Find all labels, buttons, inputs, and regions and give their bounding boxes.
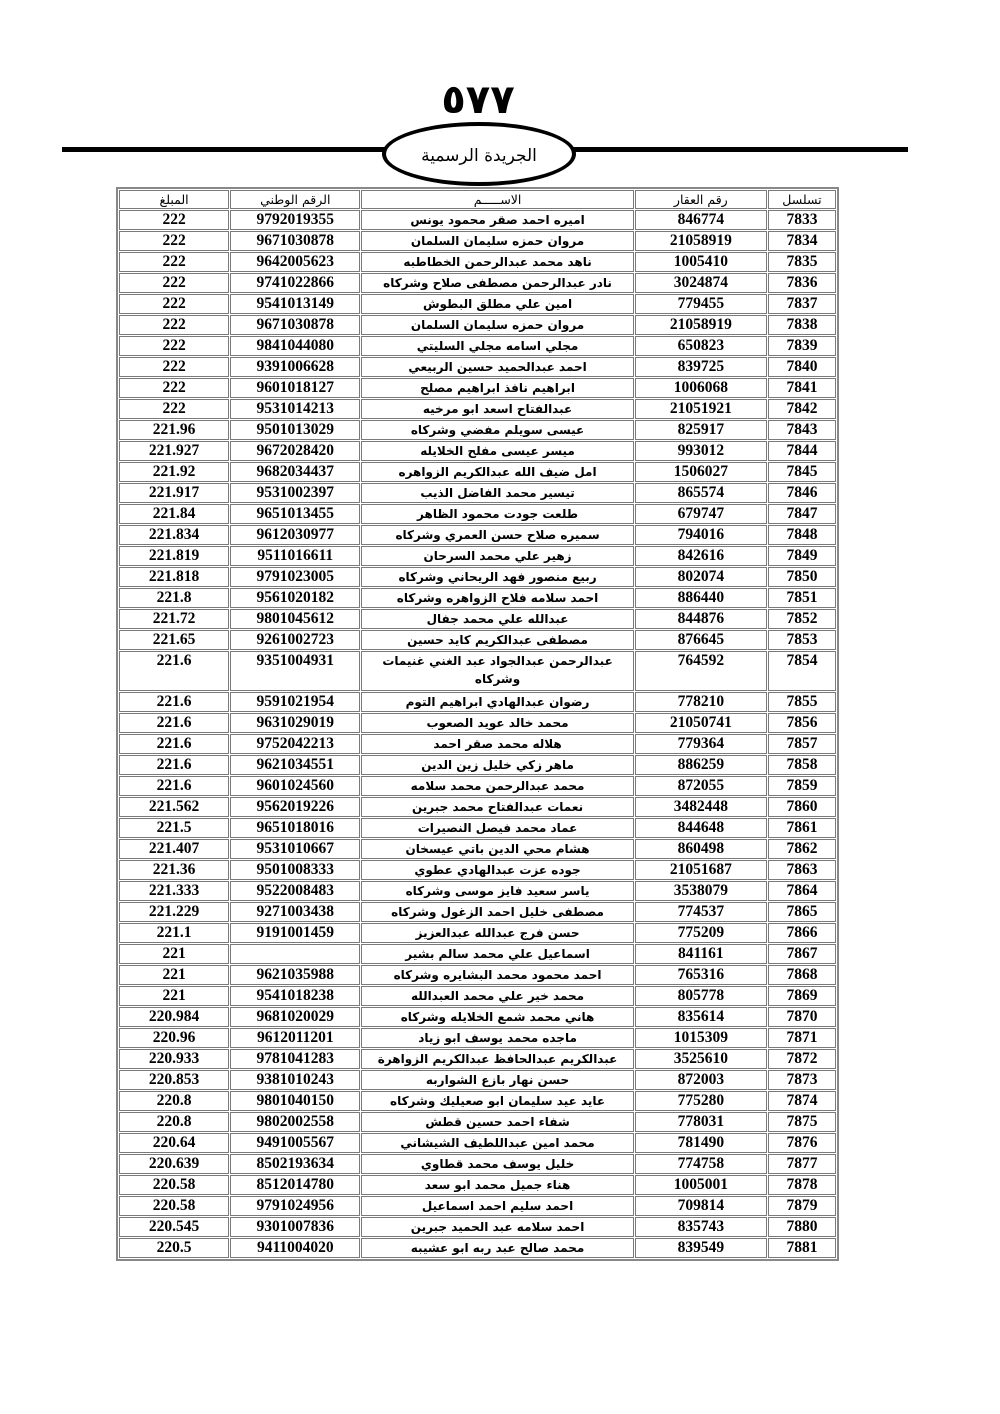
cell-serial: 7872 (768, 1049, 836, 1069)
cell-property-no: 778210 (635, 692, 767, 712)
cell-name: هشام محي الدين باتي عيسخان (361, 839, 633, 859)
cell-property-no: 3024874 (635, 273, 767, 293)
table-row: 7851886440احمد سلامه فلاح الزواهره وشركا… (119, 588, 836, 608)
cell-national-id: 9792019355 (230, 210, 360, 230)
cell-national-id: 9801045612 (230, 609, 360, 629)
cell-serial: 7860 (768, 797, 836, 817)
header-name: الاســـــم (361, 190, 633, 209)
table-row: 7850802074ربيع منصور فهد الريحاني وشركاه… (119, 567, 836, 587)
cell-serial: 7862 (768, 839, 836, 859)
table-body: 7833846774اميره احمد صقر محمود يونس97920… (119, 210, 836, 1258)
cell-name: ياسر سعيد فايز موسى وشركاه (361, 881, 633, 901)
table-header-row: تسلسل رقم العقار الاســـــم الرقم الوطني… (119, 190, 836, 209)
cell-name: جوده عزت عبدالهادي عطوي (361, 860, 633, 880)
cell-national-id: 9541013149 (230, 294, 360, 314)
cell-property-no: 3525610 (635, 1049, 767, 1069)
cell-property-no: 679747 (635, 504, 767, 524)
cell-property-no: 802074 (635, 567, 767, 587)
cell-national-id: 9752042213 (230, 734, 360, 754)
cell-property-no: 21051921 (635, 399, 767, 419)
cell-property-no: 876645 (635, 630, 767, 650)
cell-name: عبدالكريم عبدالحافظ عبدالكريم الزواهرة (361, 1049, 633, 1069)
cell-property-no: 775209 (635, 923, 767, 943)
table-row: 7854764592عبدالرحمن عبدالجواد عبد الغني … (119, 651, 836, 691)
cell-national-id: 9651018016 (230, 818, 360, 838)
cell-name: مصطفى عبدالكريم كايد حسين (361, 630, 633, 650)
cell-amount: 221.6 (119, 776, 229, 796)
cell-amount: 221.36 (119, 860, 229, 880)
table-row: 7852844876عبدالله علي محمد جفال980104561… (119, 609, 836, 629)
cell-serial: 7847 (768, 504, 836, 524)
cell-property-no: 839549 (635, 1238, 767, 1258)
cell-national-id: 9531014213 (230, 399, 360, 419)
cell-national-id: 9491005567 (230, 1133, 360, 1153)
cell-national-id: 9411004020 (230, 1238, 360, 1258)
cell-serial: 7881 (768, 1238, 836, 1258)
cell-serial: 7869 (768, 986, 836, 1006)
cell-serial: 7833 (768, 210, 836, 230)
header-amount: المبلغ (119, 190, 229, 209)
cell-name: عبدالله علي محمد جفال (361, 609, 633, 629)
cell-property-no: 872003 (635, 1070, 767, 1090)
cell-national-id: 9511016611 (230, 546, 360, 566)
table-row: 7848794016سميره صلاح حسن العمري وشركاه96… (119, 525, 836, 545)
table-row: 7840839725احمد عبدالحميد حسين الربيعي939… (119, 357, 836, 377)
cell-amount: 220.58 (119, 1175, 229, 1195)
cell-property-no: 841161 (635, 944, 767, 964)
table-row: 7879709814احمد سليم احمد اسماعيل97910249… (119, 1196, 836, 1216)
header-property-no: رقم العقار (635, 190, 767, 209)
cell-amount: 221 (119, 965, 229, 985)
cell-name: مصطفى خليل احمد الزغول وشركاه (361, 902, 633, 922)
cell-serial: 7845 (768, 462, 836, 482)
cell-amount: 221.333 (119, 881, 229, 901)
cell-amount: 221 (119, 944, 229, 964)
cell-national-id: 9562019226 (230, 797, 360, 817)
cell-property-no: 825917 (635, 420, 767, 440)
table-row: 7861844648عماد محمد فيصل النصيرات9651018… (119, 818, 836, 838)
cell-name: محمد امين عبداللطيف الشيشاني (361, 1133, 633, 1153)
cell-amount: 221 (119, 986, 229, 1006)
cell-serial: 7856 (768, 713, 836, 733)
cell-property-no: 779455 (635, 294, 767, 314)
cell-serial: 7848 (768, 525, 836, 545)
cell-name: احمد محمود محمد البشايره وشركاه (361, 965, 633, 985)
cell-serial: 7859 (768, 776, 836, 796)
cell-amount: 222 (119, 399, 229, 419)
cell-property-no: 21058919 (635, 315, 767, 335)
cell-property-no: 886440 (635, 588, 767, 608)
cell-national-id: 9391006628 (230, 357, 360, 377)
table-row: 7853876645مصطفى عبدالكريم كايد حسين92610… (119, 630, 836, 650)
table-row: 7865774537مصطفى خليل احمد الزغول وشركاه9… (119, 902, 836, 922)
table-row: 7858886259ماهر زكي خليل زين الدين9621034… (119, 755, 836, 775)
table-row: 783821058919مروان حمزه سليمان السلمان967… (119, 315, 836, 335)
table-row: 7880835743احمد سلامه عبد الحميد جبرين930… (119, 1217, 836, 1237)
cell-property-no: 993012 (635, 441, 767, 461)
cell-name: مروان حمزه سليمان السلمان (361, 315, 633, 335)
cell-amount: 221.407 (119, 839, 229, 859)
cell-property-no: 860498 (635, 839, 767, 859)
cell-amount: 220.5 (119, 1238, 229, 1258)
gazette-emblem: الجريدة الرسمية (382, 122, 576, 186)
cell-name: محمد خالد عويد الصعوب (361, 713, 633, 733)
table-row: 78351005410ناهد محمد عبدالرحمن الخطاطبه9… (119, 252, 836, 272)
table-row: 78363024874نادر عبدالرحمن مصطفى صلاح وشر… (119, 273, 836, 293)
cell-property-no: 844876 (635, 609, 767, 629)
cell-property-no: 844648 (635, 818, 767, 838)
cell-name: احمد سلامه فلاح الزواهره وشركاه (361, 588, 633, 608)
cell-property-no: 765316 (635, 965, 767, 985)
cell-property-no: 781490 (635, 1133, 767, 1153)
table-row: 7876781490محمد امين عبداللطيف الشيشاني94… (119, 1133, 836, 1153)
table-row: 783421058919مروان حمزه سليمان السلمان967… (119, 231, 836, 251)
page-number: ٥٧٧ (0, 76, 956, 124)
cell-name: عايد عيد سليمان ابو صعيليك وشركاه (361, 1091, 633, 1111)
cell-national-id: 9642005623 (230, 252, 360, 272)
table-row: 78781005001هناء جميل محمد ابو سعد8512014… (119, 1175, 836, 1195)
cell-national-id: 9351004931 (230, 651, 360, 691)
cell-national-id: 9671030878 (230, 231, 360, 251)
cell-amount: 222 (119, 378, 229, 398)
cell-property-no: 778031 (635, 1112, 767, 1132)
cell-national-id: 9801040150 (230, 1091, 360, 1111)
table-row: 785621050741محمد خالد عويد الصعوب9631029… (119, 713, 836, 733)
cell-name: سميره صلاح حسن العمري وشركاه (361, 525, 633, 545)
cell-serial: 7880 (768, 1217, 836, 1237)
cell-property-no: 21050741 (635, 713, 767, 733)
cell-amount: 222 (119, 336, 229, 356)
table-row: 7873872003حسن نهار بازع الشواربه93810102… (119, 1070, 836, 1090)
cell-property-no: 774537 (635, 902, 767, 922)
cell-property-no: 1005001 (635, 1175, 767, 1195)
cell-amount: 221.84 (119, 504, 229, 524)
cell-property-no: 842616 (635, 546, 767, 566)
table-row: 7844993012ميسر عيسى مفلح الخلايله9672028… (119, 441, 836, 461)
cell-national-id: 9541018238 (230, 986, 360, 1006)
cell-national-id: 9601024560 (230, 776, 360, 796)
cell-name: احمد سلامه عبد الحميد جبرين (361, 1217, 633, 1237)
cell-national-id: 9501008333 (230, 860, 360, 880)
cell-name: رضوان عبدالهادي ابراهيم التوم (361, 692, 633, 712)
cell-name: نعمات عبدالفتاح محمد جبرين (361, 797, 633, 817)
cell-serial: 7870 (768, 1007, 836, 1027)
cell-serial: 7850 (768, 567, 836, 587)
cell-national-id: 8512014780 (230, 1175, 360, 1195)
cell-property-no: 774758 (635, 1154, 767, 1174)
cell-property-no: 775280 (635, 1091, 767, 1111)
table-row: 7866775209حسن فرج عبدالله عبدالعزيز91910… (119, 923, 836, 943)
cell-name: امل ضيف الله عبدالكريم الزواهره (361, 462, 633, 482)
cell-serial: 7878 (768, 1175, 836, 1195)
cell-amount: 221.1 (119, 923, 229, 943)
cell-property-no: 846774 (635, 210, 767, 230)
cell-amount: 220.545 (119, 1217, 229, 1237)
cell-national-id: 9681020029 (230, 1007, 360, 1027)
cell-amount: 221.927 (119, 441, 229, 461)
table-row: 7877774758خليل يوسف محمد قطاوي8502193634… (119, 1154, 836, 1174)
cell-national-id: 9631029019 (230, 713, 360, 733)
cell-serial: 7834 (768, 231, 836, 251)
table-row: 7849842616زهير علي محمد السرحان951101661… (119, 546, 836, 566)
cell-serial: 7844 (768, 441, 836, 461)
cell-serial: 7877 (768, 1154, 836, 1174)
cell-amount: 222 (119, 273, 229, 293)
cell-amount: 221.96 (119, 420, 229, 440)
cell-amount: 220.96 (119, 1028, 229, 1048)
cell-amount: 222 (119, 357, 229, 377)
table-row: 7855778210رضوان عبدالهادي ابراهيم التوم9… (119, 692, 836, 712)
table-row: 786321051687جوده عزت عبدالهادي عطوي95010… (119, 860, 836, 880)
cell-national-id: 9791023005 (230, 567, 360, 587)
cell-amount: 222 (119, 231, 229, 251)
table-row: 7881839549محمد صالح عبد ربه ابو عشيبه941… (119, 1238, 836, 1258)
table-row: 7859872055محمد عبدالرحمن محمد سلامه96010… (119, 776, 836, 796)
cell-amount: 220.8 (119, 1112, 229, 1132)
table-row: 78643538079ياسر سعيد فايز موسى وشركاه952… (119, 881, 836, 901)
cell-name: احمد سليم احمد اسماعيل (361, 1196, 633, 1216)
cell-amount: 222 (119, 315, 229, 335)
cell-property-no: 1506027 (635, 462, 767, 482)
cell-property-no: 21051687 (635, 860, 767, 880)
table-row: 7837779455امين علي مطلق البطوش9541013149… (119, 294, 836, 314)
cell-name: هلاله محمد صقر احمد (361, 734, 633, 754)
table-row: 7874775280عايد عيد سليمان ابو صعيليك وشر… (119, 1091, 836, 1111)
table-row: 7867841161اسماعيل علي محمد سالم بشير221 (119, 944, 836, 964)
cell-amount: 221.917 (119, 483, 229, 503)
cell-property-no: 21058919 (635, 231, 767, 251)
cell-serial: 7876 (768, 1133, 836, 1153)
table-row: 7847679747طلعت جودت محمود الظاهر96510134… (119, 504, 836, 524)
cell-name: مروان حمزه سليمان السلمان (361, 231, 633, 251)
cell-serial: 7849 (768, 546, 836, 566)
cell-property-no: 3538079 (635, 881, 767, 901)
cell-amount: 221.229 (119, 902, 229, 922)
table-row: 78723525610عبدالكريم عبدالحافظ عبدالكريم… (119, 1049, 836, 1069)
cell-name: هاني محمد شمع الخلايله وشركاه (361, 1007, 633, 1027)
cell-name: عبدالرحمن عبدالجواد عبد الغني غنيمات وشر… (361, 651, 633, 691)
table-row: 7868765316احمد محمود محمد البشايره وشركا… (119, 965, 836, 985)
cell-serial: 7875 (768, 1112, 836, 1132)
table-row: 7870835614هاني محمد شمع الخلايله وشركاه9… (119, 1007, 836, 1027)
cell-property-no: 764592 (635, 651, 767, 691)
table-row: 7846865574تيسير محمد الفاضل الذيب9531002… (119, 483, 836, 503)
table-row: 78411006068ابراهيم نافذ ابراهيم مصلح9601… (119, 378, 836, 398)
cell-name: ربيع منصور فهد الريحاني وشركاه (361, 567, 633, 587)
cell-name: هناء جميل محمد ابو سعد (361, 1175, 633, 1195)
cell-property-no: 872055 (635, 776, 767, 796)
cell-amount: 221.65 (119, 630, 229, 650)
cell-serial: 7864 (768, 881, 836, 901)
cell-serial: 7873 (768, 1070, 836, 1090)
cell-national-id: 9682034437 (230, 462, 360, 482)
table-row: 78711015309ماجده محمد يوسف ابو زياد96120… (119, 1028, 836, 1048)
cell-name: عيسى سويلم مفضي وشركاه (361, 420, 633, 440)
cell-national-id: 9381010243 (230, 1070, 360, 1090)
cell-serial: 7863 (768, 860, 836, 880)
cell-amount: 221.562 (119, 797, 229, 817)
cell-national-id: 9802002558 (230, 1112, 360, 1132)
cell-name: ميسر عيسى مفلح الخلايله (361, 441, 633, 461)
cell-national-id: 9261002723 (230, 630, 360, 650)
cell-amount: 220.933 (119, 1049, 229, 1069)
cell-serial: 7855 (768, 692, 836, 712)
cell-national-id (230, 944, 360, 964)
table-row: 7862860498هشام محي الدين باتي عيسخان9531… (119, 839, 836, 859)
table-row: 7869805778محمد خير علي محمد العبدالله954… (119, 986, 836, 1006)
header-serial: تسلسل (768, 190, 836, 209)
cell-serial: 7843 (768, 420, 836, 440)
cell-amount: 221.8 (119, 588, 229, 608)
cell-amount: 221.6 (119, 755, 229, 775)
cell-name: محمد عبدالرحمن محمد سلامه (361, 776, 633, 796)
cell-name: اسماعيل علي محمد سالم بشير (361, 944, 633, 964)
cell-amount: 221.6 (119, 692, 229, 712)
cell-property-no: 794016 (635, 525, 767, 545)
table-row: 7857779364هلاله محمد صقر احمد97520422132… (119, 734, 836, 754)
cell-national-id: 9651013455 (230, 504, 360, 524)
table-row: 7833846774اميره احمد صقر محمود يونس97920… (119, 210, 836, 230)
table-row: 784221051921عبدالفتاح اسعد ابو مرخيه9531… (119, 399, 836, 419)
cell-property-no: 1015309 (635, 1028, 767, 1048)
cell-serial: 7840 (768, 357, 836, 377)
table-row: 78603482448نعمات عبدالفتاح محمد جبرين956… (119, 797, 836, 817)
cell-name: مجلي اسامه مجلي السليتي (361, 336, 633, 356)
cell-name: محمد خير علي محمد العبدالله (361, 986, 633, 1006)
cell-national-id: 9612011201 (230, 1028, 360, 1048)
cell-national-id: 9501013029 (230, 420, 360, 440)
cell-name: اميره احمد صقر محمود يونس (361, 210, 633, 230)
gazette-title: الجريدة الرسمية (421, 146, 537, 166)
cell-serial: 7868 (768, 965, 836, 985)
cell-property-no: 779364 (635, 734, 767, 754)
cell-amount: 221.92 (119, 462, 229, 482)
cell-amount: 222 (119, 294, 229, 314)
cell-property-no: 3482448 (635, 797, 767, 817)
cell-national-id: 9612030977 (230, 525, 360, 545)
cell-national-id: 9621034551 (230, 755, 360, 775)
cell-national-id: 9561020182 (230, 588, 360, 608)
cell-serial: 7865 (768, 902, 836, 922)
cell-name: عبدالفتاح اسعد ابو مرخيه (361, 399, 633, 419)
table-row: 7875778031شفاء احمد حسين قطش980200255822… (119, 1112, 836, 1132)
cell-national-id: 9621035988 (230, 965, 360, 985)
cell-property-no: 805778 (635, 986, 767, 1006)
cell-name: ماهر زكي خليل زين الدين (361, 755, 633, 775)
cell-property-no: 1005410 (635, 252, 767, 272)
cell-property-no: 650823 (635, 336, 767, 356)
cell-amount: 221.72 (119, 609, 229, 629)
cell-national-id: 9301007836 (230, 1217, 360, 1237)
cell-national-id: 9591021954 (230, 692, 360, 712)
cell-serial: 7874 (768, 1091, 836, 1111)
cell-national-id: 9531010667 (230, 839, 360, 859)
cell-amount: 221.818 (119, 567, 229, 587)
cell-serial: 7837 (768, 294, 836, 314)
cell-amount: 220.853 (119, 1070, 229, 1090)
cell-name: احمد عبدالحميد حسين الربيعي (361, 357, 633, 377)
cell-national-id: 9781041283 (230, 1049, 360, 1069)
cell-property-no: 835614 (635, 1007, 767, 1027)
cell-property-no: 865574 (635, 483, 767, 503)
cell-national-id: 9741022866 (230, 273, 360, 293)
cell-national-id: 9271003438 (230, 902, 360, 922)
cell-amount: 220.984 (119, 1007, 229, 1027)
cell-serial: 7841 (768, 378, 836, 398)
cell-name: طلعت جودت محمود الظاهر (361, 504, 633, 524)
cell-name: شفاء احمد حسين قطش (361, 1112, 633, 1132)
cell-name: ناهد محمد عبدالرحمن الخطاطبه (361, 252, 633, 272)
cell-serial: 7867 (768, 944, 836, 964)
cell-serial: 7835 (768, 252, 836, 272)
cell-serial: 7857 (768, 734, 836, 754)
cell-serial: 7853 (768, 630, 836, 650)
cell-name: محمد صالح عبد ربه ابو عشيبه (361, 1238, 633, 1258)
cell-serial: 7839 (768, 336, 836, 356)
cell-national-id: 9672028420 (230, 441, 360, 461)
cell-amount: 221.6 (119, 734, 229, 754)
cell-serial: 7861 (768, 818, 836, 838)
cell-name: امين علي مطلق البطوش (361, 294, 633, 314)
table-row: 78451506027امل ضيف الله عبدالكريم الزواه… (119, 462, 836, 482)
cell-name: حسن فرج عبدالله عبدالعزيز (361, 923, 633, 943)
cell-national-id: 8502193634 (230, 1154, 360, 1174)
cell-property-no: 1006068 (635, 378, 767, 398)
cell-name: زهير علي محمد السرحان (361, 546, 633, 566)
cell-amount: 221.819 (119, 546, 229, 566)
cell-serial: 7836 (768, 273, 836, 293)
payments-table: تسلسل رقم العقار الاســـــم الرقم الوطني… (116, 187, 839, 1261)
cell-serial: 7851 (768, 588, 836, 608)
cell-serial: 7842 (768, 399, 836, 419)
cell-amount: 222 (119, 210, 229, 230)
cell-property-no: 835743 (635, 1217, 767, 1237)
cell-national-id: 9841044080 (230, 336, 360, 356)
cell-name: حسن نهار بازع الشواربه (361, 1070, 633, 1090)
cell-serial: 7866 (768, 923, 836, 943)
cell-name: خليل يوسف محمد قطاوي (361, 1154, 633, 1174)
cell-property-no: 886259 (635, 755, 767, 775)
cell-serial: 7846 (768, 483, 836, 503)
cell-name: نادر عبدالرحمن مصطفى صلاح وشركاه (361, 273, 633, 293)
cell-name: ماجده محمد يوسف ابو زياد (361, 1028, 633, 1048)
cell-amount: 220.8 (119, 1091, 229, 1111)
cell-amount: 220.639 (119, 1154, 229, 1174)
cell-national-id: 9522008483 (230, 881, 360, 901)
cell-national-id: 9531002397 (230, 483, 360, 503)
cell-amount: 220.58 (119, 1196, 229, 1216)
cell-national-id: 9601018127 (230, 378, 360, 398)
cell-name: تيسير محمد الفاضل الذيب (361, 483, 633, 503)
table-row: 7839650823مجلي اسامه مجلي السليتي9841044… (119, 336, 836, 356)
cell-national-id: 9671030878 (230, 315, 360, 335)
cell-amount: 221.6 (119, 713, 229, 733)
cell-name: عماد محمد فيصل النصيرات (361, 818, 633, 838)
cell-property-no: 839725 (635, 357, 767, 377)
cell-serial: 7854 (768, 651, 836, 691)
cell-national-id: 9791024956 (230, 1196, 360, 1216)
cell-amount: 221.6 (119, 651, 229, 691)
cell-name: ابراهيم نافذ ابراهيم مصلح (361, 378, 633, 398)
cell-property-no: 709814 (635, 1196, 767, 1216)
cell-serial: 7879 (768, 1196, 836, 1216)
cell-serial: 7871 (768, 1028, 836, 1048)
table-row: 7843825917عيسى سويلم مفضي وشركاه95010130… (119, 420, 836, 440)
cell-amount: 221.5 (119, 818, 229, 838)
cell-amount: 222 (119, 252, 229, 272)
cell-serial: 7838 (768, 315, 836, 335)
cell-amount: 220.64 (119, 1133, 229, 1153)
